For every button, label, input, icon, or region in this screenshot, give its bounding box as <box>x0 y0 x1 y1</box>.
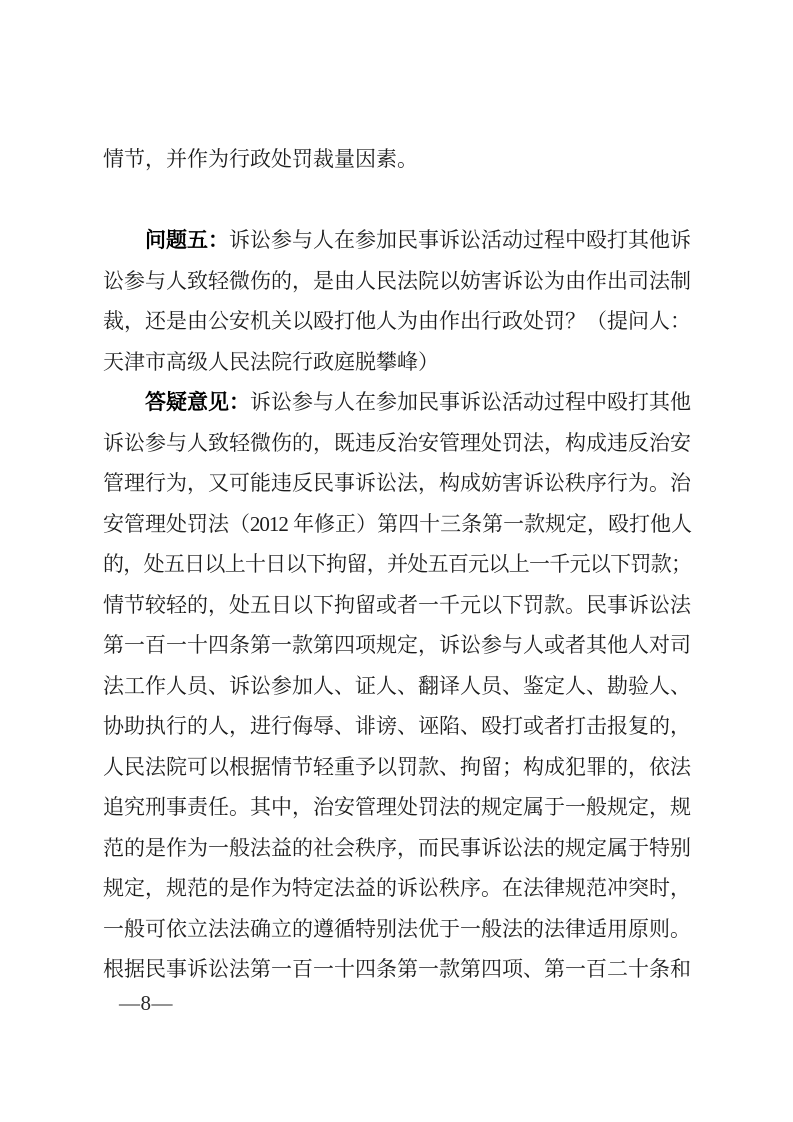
answer-line: 安管理处罚法（2012 年修正）第四十三条第一款规定，殴打他人 <box>103 504 691 545</box>
answer-line: 法工作人员、诉讼参加人、证人、翻译人员、鉴定人、勘验人、 <box>103 666 691 707</box>
question-line: 天津市高级人民法院行政庭脱攀峰） <box>103 342 691 383</box>
blank-line <box>103 180 691 221</box>
answer-line: 范的是作为一般法益的社会秩序，而民事诉讼法的规定属于特别 <box>103 828 691 869</box>
answer-line: 追究刑事责任。其中，治安管理处罚法的规定属于一般规定，规 <box>103 787 691 828</box>
document-body: 情节，并作为行政处罚裁量因素。 问题五：诉讼参与人在参加民事诉讼活动过程中殴打其… <box>103 139 691 990</box>
document-page: 情节，并作为行政处罚裁量因素。 问题五：诉讼参与人在参加民事诉讼活动过程中殴打其… <box>0 0 793 1122</box>
answer-line: 一般可依立法法确立的遵循特别法优于一般法的法律适用原则。 <box>103 909 691 950</box>
answer-line: 第一百一十四条第一款第四项规定，诉讼参与人或者其他人对司 <box>103 625 691 666</box>
answer-line: 人民法院可以根据情节轻重予以罚款、拘留；构成犯罪的，依法 <box>103 747 691 788</box>
answer-line: 答疑意见：诉讼参与人在参加民事诉讼活动过程中殴打其他 <box>103 382 691 423</box>
question-line: 问题五：诉讼参与人在参加民事诉讼活动过程中殴打其他诉 <box>103 220 691 261</box>
intro-paragraph-line: 情节，并作为行政处罚裁量因素。 <box>103 139 691 180</box>
answer-line: 根据民事诉讼法第一百一十四条第一款第四项、第一百二十条和 <box>103 949 691 990</box>
answer-line: 协助执行的人，进行侮辱、诽谤、诬陷、殴打或者打击报复的， <box>103 706 691 747</box>
answer-line: 管理行为，又可能违反民事诉讼法，构成妨害诉讼秩序行为。治 <box>103 463 691 504</box>
question-line-text: 诉讼参与人在参加民事诉讼活动过程中殴打其他诉 <box>229 228 691 252</box>
answer-line: 规定，规范的是作为特定法益的诉讼秩序。在法律规范冲突时， <box>103 868 691 909</box>
answer-line: 情节较轻的，处五日以下拘留或者一千元以下罚款。民事诉讼法 <box>103 585 691 626</box>
answer-label: 答疑意见： <box>145 390 250 414</box>
question-label: 问题五： <box>145 228 229 252</box>
answer-line: 的，处五日以上十日以下拘留，并处五百元以上一千元以下罚款； <box>103 544 691 585</box>
question-line: 裁，还是由公安机关以殴打他人为由作出行政处罚？（提问人： <box>103 301 691 342</box>
page-number: —8— <box>119 991 173 1015</box>
answer-line-text: 诉讼参与人在参加民事诉讼活动过程中殴打其他 <box>250 390 691 414</box>
question-line: 讼参与人致轻微伤的，是由人民法院以妨害诉讼为由作出司法制 <box>103 261 691 302</box>
answer-line: 诉讼参与人致轻微伤的，既违反治安管理处罚法，构成违反治安 <box>103 423 691 464</box>
